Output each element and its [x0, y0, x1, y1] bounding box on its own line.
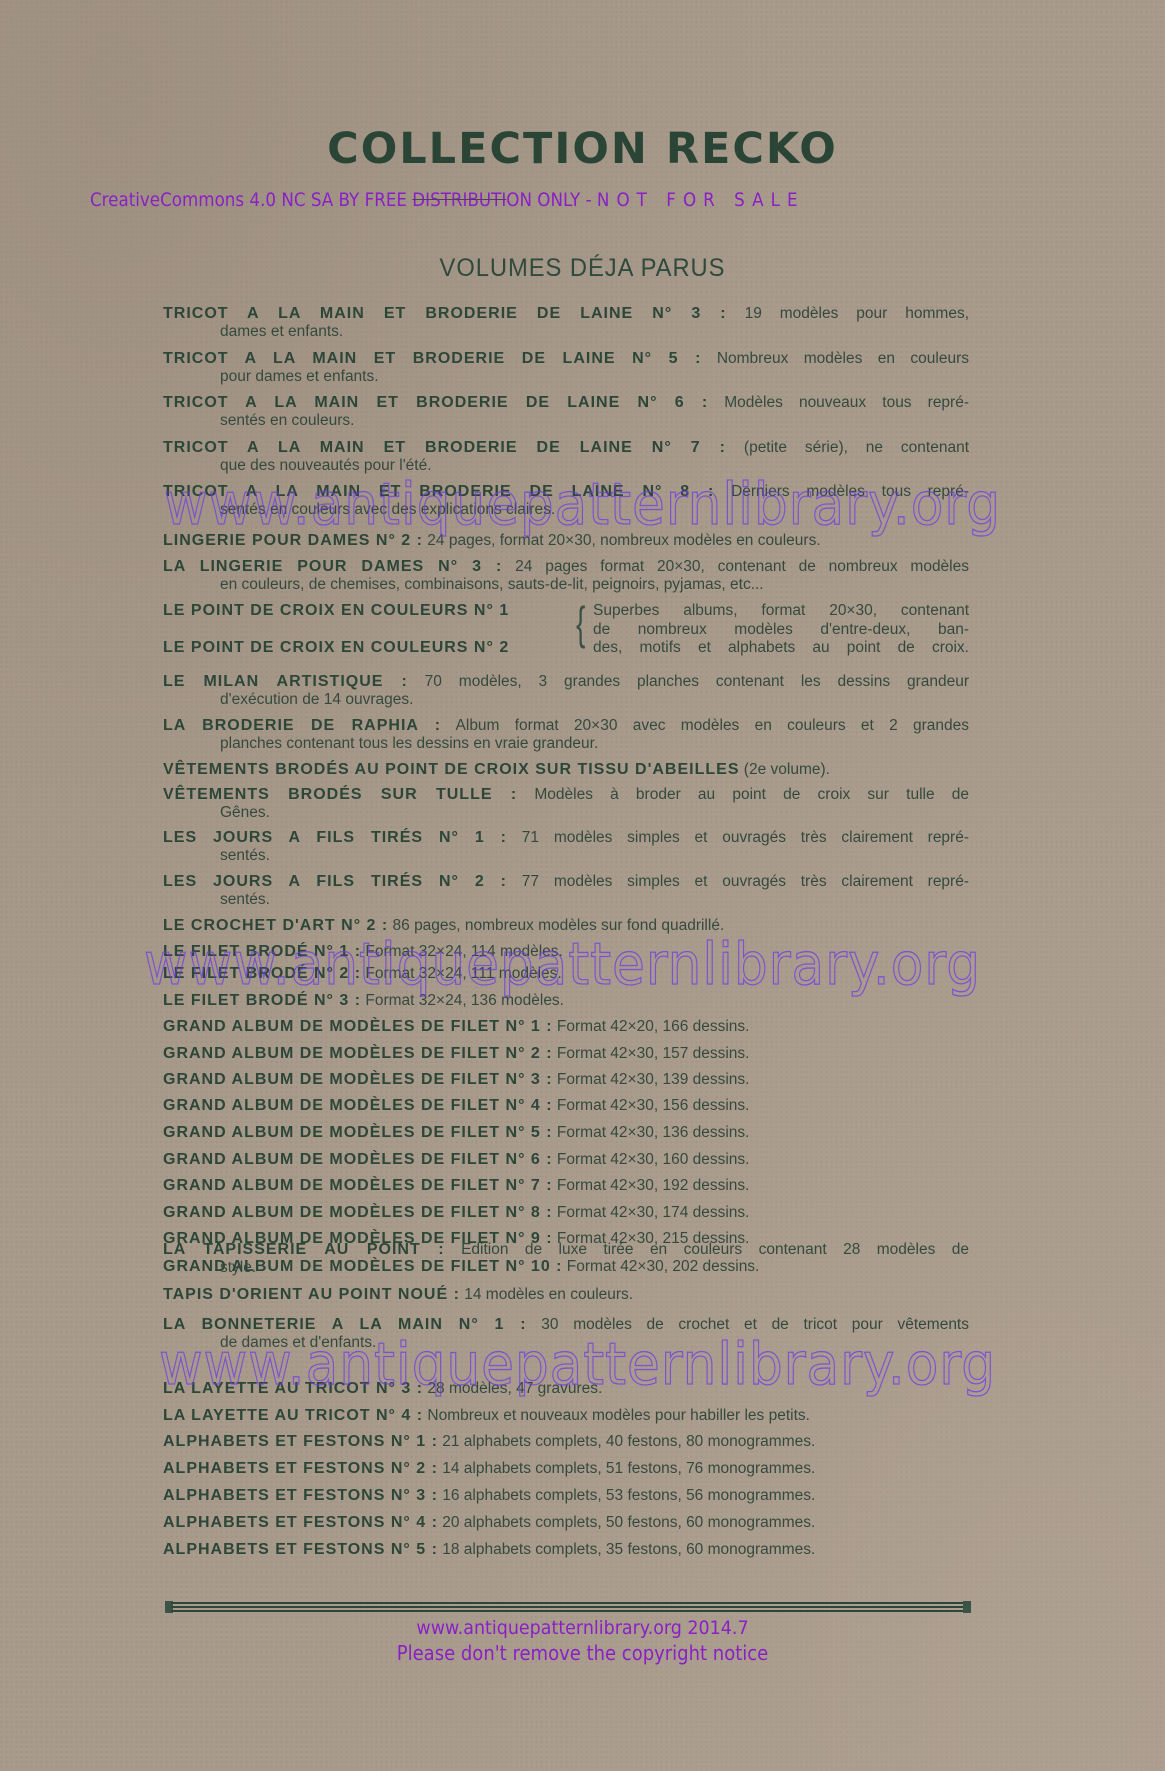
volume-description: Edition de luxe tirée en couleurs conten…: [461, 1241, 969, 1258]
volume-description: Format 42×30, 157 dessins.: [557, 1045, 750, 1062]
volume-description: 70 modèles, 3 grandes planches contenant…: [425, 673, 969, 690]
volume-entry: LE FILET BRODÉ N° 1 : Format 32×24, 114 …: [163, 943, 969, 961]
volume-description-continued: dames et enfants.: [163, 323, 969, 341]
volume-entry: LA TAPISSERIE AU POINT : Edition de luxe…: [163, 1241, 969, 1277]
volume-entry: VÊTEMENTS BRODÉS AU POINT DE CROIX SUR T…: [163, 761, 969, 779]
volume-description-continued: planches contenant tous les dessins en v…: [163, 735, 969, 753]
volume-entry: LE FILET BRODÉ N° 3 : Format 32×24, 136 …: [163, 992, 969, 1010]
volume-description: 14 alphabets complets, 51 festons, 76 mo…: [442, 1460, 815, 1477]
volume-description: 18 alphabets complets, 35 festons, 60 mo…: [442, 1541, 815, 1558]
volume-title: LA LAYETTE AU TRICOT N° 4 :: [163, 1407, 423, 1424]
volume-description: Format 32×24, 114 modèles.: [365, 943, 562, 960]
volume-description-continued: sentés en couleurs.: [163, 412, 969, 430]
page-title: COLLECTION RECKO: [0, 124, 1165, 174]
volume-entry: GRAND ALBUM DE MODÈLES DE FILET N° 7 : F…: [163, 1177, 969, 1195]
volume-entry: LA LINGERIE POUR DAMES N° 3 : 24 pages f…: [163, 558, 969, 594]
volume-title: TRICOT A LA MAIN ET BRODERIE DE LAINE N°…: [163, 394, 708, 411]
volume-description: Format 32×24, 136 modèles.: [365, 992, 564, 1009]
volume-title: LE FILET BRODÉ N° 2 :: [163, 965, 361, 982]
volume-title: ALPHABETS ET FESTONS N° 3 :: [163, 1487, 438, 1504]
volume-description-continued: sentés.: [163, 847, 969, 865]
footer-site-line: www.antiquepatternlibrary.org 2014.7: [47, 1617, 1119, 1639]
volume-title: GRAND ALBUM DE MODÈLES DE FILET N° 3 :: [163, 1071, 553, 1088]
volume-title: GRAND ALBUM DE MODÈLES DE FILET N° 8 :: [163, 1204, 553, 1221]
volume-title: LINGERIE POUR DAMES N° 2 :: [163, 532, 423, 549]
volume-description: 77 modèles simples et ouvragés très clai…: [522, 873, 969, 890]
volume-description: (petite série), ne contenant: [744, 439, 969, 456]
volume-title: GRAND ALBUM DE MODÈLES DE FILET N° 7 :: [163, 1177, 553, 1194]
volume-description-continued: en couleurs, de chemises, combinaisons, …: [163, 576, 969, 594]
volume-entry: TRICOT A LA MAIN ET BRODERIE DE LAINE N°…: [163, 305, 969, 341]
volume-description: Format 42×30, 192 dessins.: [557, 1177, 750, 1194]
volume-entry: GRAND ALBUM DE MODÈLES DE FILET N° 4 : F…: [163, 1097, 969, 1115]
footer-notice: Please don't remove the copyright notice: [58, 1641, 1107, 1665]
croix-description: Superbes albums, format 20×30, contenant…: [593, 602, 969, 658]
volume-description-continued: d'exécution de 14 ouvrages.: [163, 691, 969, 709]
volume-entry: ALPHABETS ET FESTONS N° 2 : 14 alphabets…: [163, 1460, 969, 1478]
volume-description: Format 32×24, 111 modèles.: [365, 965, 561, 982]
volume-entry: TAPIS D'ORIENT AU POINT NOUÉ : 14 modèle…: [163, 1286, 969, 1304]
volume-entry: GRAND ALBUM DE MODÈLES DE FILET N° 5 : F…: [163, 1124, 969, 1142]
volume-description: 71 modèles simples et ouvragés très clai…: [522, 829, 969, 846]
volume-title: LE FILET BRODÉ N° 3 :: [163, 992, 361, 1009]
volume-title: ALPHABETS ET FESTONS N° 2 :: [163, 1460, 438, 1477]
point-de-croix-group: LE POINT DE CROIX EN COULEURS N° 1 LE PO…: [163, 602, 969, 662]
license-notice: CreativeCommons 4.0 NC SA BY FREE DISTRI…: [90, 189, 900, 211]
license-suffix: ON ONLY -: [506, 189, 597, 211]
volume-title: LA LAYETTE AU TRICOT N° 3 :: [163, 1380, 423, 1397]
volume-description: 28 modèles, 47 gravures.: [427, 1380, 602, 1397]
volume-entry: LA BONNETERIE A LA MAIN N° 1 : 30 modèle…: [163, 1316, 969, 1352]
volume-description: 24 pages, format 20×30, nombreux modèles…: [427, 532, 820, 549]
volume-entry: VÊTEMENTS BRODÉS SUR TULLE : Modèles à b…: [163, 786, 969, 822]
volume-description-continued: pour dames et enfants.: [163, 368, 969, 386]
volume-title: TRICOT A LA MAIN ET BRODERIE DE LAINE N°…: [163, 483, 714, 500]
volume-description: Format 42×30, 136 dessins.: [557, 1124, 750, 1141]
volume-description: Format 42×30, 160 dessins.: [557, 1151, 750, 1168]
volume-title: LA BRODERIE DE RAPHIA :: [163, 717, 441, 734]
croix-name-2: LE POINT DE CROIX EN COULEURS N° 2: [163, 639, 509, 676]
volume-description: Format 42×20, 166 dessins.: [557, 1018, 750, 1035]
volume-title: LA BONNETERIE A LA MAIN N° 1 :: [163, 1316, 527, 1333]
volume-entry: TRICOT A LA MAIN ET BRODERIE DE LAINE N°…: [163, 483, 969, 519]
volume-description-continued: de dames et d'enfants.: [163, 1334, 969, 1352]
volume-title: ALPHABETS ET FESTONS N° 5 :: [163, 1541, 438, 1558]
volume-description-continued: que des nouveautés pour l'été.: [163, 457, 969, 475]
volume-title: GRAND ALBUM DE MODÈLES DE FILET N° 1 :: [163, 1018, 553, 1035]
volume-title: GRAND ALBUM DE MODÈLES DE FILET N° 6 :: [163, 1151, 553, 1168]
volume-title: TAPIS D'ORIENT AU POINT NOUÉ :: [163, 1286, 460, 1303]
volume-entry: GRAND ALBUM DE MODÈLES DE FILET N° 8 : F…: [163, 1204, 969, 1222]
volume-title: ALPHABETS ET FESTONS N° 1 :: [163, 1433, 438, 1450]
volume-entry: LINGERIE POUR DAMES N° 2 : 24 pages, for…: [163, 532, 969, 550]
volume-title: LA LINGERIE POUR DAMES N° 3 :: [163, 558, 502, 575]
volume-entry: TRICOT A LA MAIN ET BRODERIE DE LAINE N°…: [163, 350, 969, 386]
volume-entry: GRAND ALBUM DE MODÈLES DE FILET N° 3 : F…: [163, 1071, 969, 1089]
volume-title: VÊTEMENTS BRODÉS SUR TULLE :: [163, 786, 517, 803]
decorative-rule: [165, 1601, 971, 1613]
volume-description-continued: Gênes.: [163, 804, 969, 822]
volume-entry: ALPHABETS ET FESTONS N° 4 : 20 alphabets…: [163, 1514, 969, 1532]
volume-title: VÊTEMENTS BRODÉS AU POINT DE CROIX SUR T…: [163, 761, 739, 778]
volume-entry: LES JOURS A FILS TIRÉS N° 1 : 71 modèles…: [163, 829, 969, 865]
volume-description: Format 42×30, 139 dessins.: [557, 1071, 750, 1088]
volume-title: LA TAPISSERIE AU POINT :: [163, 1241, 445, 1258]
volume-entry: LA LAYETTE AU TRICOT N° 3 : 28 modèles, …: [163, 1380, 969, 1398]
volume-title: TRICOT A LA MAIN ET BRODERIE DE LAINE N°…: [163, 350, 701, 367]
volume-description: Album format 20×30 avec modèles en coule…: [456, 717, 970, 734]
volume-description: Nombreux modèles en couleurs: [717, 350, 969, 367]
volume-title: GRAND ALBUM DE MODÈLES DE FILET N° 5 :: [163, 1124, 553, 1141]
volume-title: LES JOURS A FILS TIRÉS N° 1 :: [163, 829, 507, 846]
volume-title: LE MILAN ARTISTIQUE :: [163, 673, 408, 690]
volume-entry: LA BRODERIE DE RAPHIA : Album format 20×…: [163, 717, 969, 753]
not-for-sale-text: NOT FOR SALE: [597, 189, 805, 211]
volume-description: 21 alphabets complets, 40 festons, 80 mo…: [442, 1433, 815, 1450]
volume-entry: ALPHABETS ET FESTONS N° 3 : 16 alphabets…: [163, 1487, 969, 1505]
brace-icon: {: [576, 600, 585, 646]
volume-title: ALPHABETS ET FESTONS N° 4 :: [163, 1514, 438, 1531]
volume-description: 24 pages format 20×30, contenant de nomb…: [515, 558, 969, 575]
volume-description: 19 modèles pour hommes,: [745, 305, 969, 322]
volume-description-continued: style.: [163, 1259, 969, 1277]
volume-description: (2e volume).: [744, 761, 830, 778]
volume-entry: GRAND ALBUM DE MODÈLES DE FILET N° 6 : F…: [163, 1151, 969, 1169]
volume-title: LE CROCHET D'ART N° 2 :: [163, 917, 388, 934]
volume-description-continued: sentés.: [163, 891, 969, 909]
section-subtitle: VOLUMES DÉJA PARUS: [29, 254, 1136, 283]
volume-entry: GRAND ALBUM DE MODÈLES DE FILET N° 2 : F…: [163, 1045, 969, 1063]
volume-description: 86 pages, nombreux modèles sur fond quad…: [393, 917, 725, 934]
volume-description: Derniers modèles tous repré-: [731, 483, 969, 500]
volume-entry: LES JOURS A FILS TIRÉS N° 2 : 77 modèles…: [163, 873, 969, 909]
volume-entry: TRICOT A LA MAIN ET BRODERIE DE LAINE N°…: [163, 439, 969, 475]
license-prefix: CreativeCommons 4.0 NC SA BY FREE: [90, 189, 412, 211]
volume-description: 14 modèles en couleurs.: [464, 1286, 633, 1303]
volume-description: Format 42×30, 156 dessins.: [557, 1097, 750, 1114]
volume-title: GRAND ALBUM DE MODÈLES DE FILET N° 2 :: [163, 1045, 553, 1062]
volume-title: TRICOT A LA MAIN ET BRODERIE DE LAINE N°…: [163, 439, 726, 456]
rule-cap-right: [963, 1601, 971, 1613]
volume-entry: ALPHABETS ET FESTONS N° 5 : 18 alphabets…: [163, 1541, 969, 1559]
volume-entry: LA LAYETTE AU TRICOT N° 4 : Nombreux et …: [163, 1407, 969, 1425]
volume-description: 20 alphabets complets, 50 festons, 60 mo…: [442, 1514, 815, 1531]
volume-description: 30 modèles de crochet et de tricot pour …: [541, 1316, 969, 1333]
volume-title: LE FILET BRODÉ N° 1 :: [163, 943, 361, 960]
watermark: www.antiquepatternlibrary.org: [27, 930, 1099, 998]
volume-description: Nombreux et nouveaux modèles pour habill…: [427, 1407, 810, 1424]
volume-description-continued: sentés en couleurs avec des explications…: [163, 501, 969, 519]
volume-description: Modèles à broder au point de croix sur t…: [534, 786, 969, 803]
volume-description: 16 alphabets complets, 53 festons, 56 mo…: [442, 1487, 815, 1504]
volume-title: GRAND ALBUM DE MODÈLES DE FILET N° 4 :: [163, 1097, 553, 1114]
volume-entry: TRICOT A LA MAIN ET BRODERIE DE LAINE N°…: [163, 394, 969, 430]
volume-entry: LE FILET BRODÉ N° 2 : Format 32×24, 111 …: [163, 965, 969, 983]
volume-entry: GRAND ALBUM DE MODÈLES DE FILET N° 1 : F…: [163, 1018, 969, 1036]
volume-description: Modèles nouveaux tous repré-: [724, 394, 969, 411]
volume-title: LES JOURS A FILS TIRÉS N° 2 :: [163, 873, 507, 890]
volume-title: TRICOT A LA MAIN ET BRODERIE DE LAINE N°…: [163, 305, 727, 322]
croix-name-1: LE POINT DE CROIX EN COULEURS N° 1: [163, 602, 509, 639]
license-struck-text: DISTRIBUTI: [412, 189, 506, 211]
volume-description: Format 42×30, 174 dessins.: [557, 1204, 750, 1221]
volume-entry: LE MILAN ARTISTIQUE : 70 modèles, 3 gran…: [163, 673, 969, 709]
volume-entry: ALPHABETS ET FESTONS N° 1 : 21 alphabets…: [163, 1433, 969, 1451]
volume-entry: LE CROCHET D'ART N° 2 : 86 pages, nombre…: [163, 917, 969, 935]
